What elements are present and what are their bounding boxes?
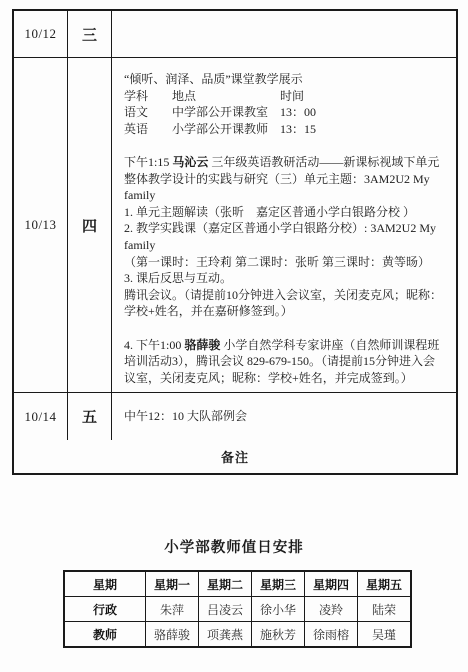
person-name: 骆薛骏 <box>184 338 220 352</box>
content-line: 培训活动3），腾讯会议 829-679-150。（请提前15分钟进入会 <box>124 353 448 370</box>
content-line: 学科 地点 时间 <box>124 88 448 105</box>
date-cell: 10/12 <box>14 11 68 57</box>
content-cell <box>112 11 456 57</box>
content-line: 语文 中学部公开课教室 13：00 <box>124 104 448 121</box>
remarks-label: 备注 <box>221 447 249 466</box>
weekday-cell: 三 <box>68 11 112 57</box>
content-line: 腾讯会议。（请提前10分钟进入会议室，关闭麦克风；昵称： <box>124 287 448 304</box>
content-line: 中午12：10 大队部例会 <box>124 408 247 425</box>
content-line: 下午1:15 马沁云 三年级英语教研活动——新课标视域下单元 <box>124 154 448 171</box>
duty-table-title: 小学部教师值日安排 <box>0 536 468 557</box>
duty-name-cell: 吴瑾 <box>358 622 412 648</box>
schedule-rows: 10/12三10/13四“倾听、润泽、品质”课堂教学展示学科 地点 时间语文 中… <box>14 11 456 440</box>
duty-row: 教师骆薛骏项龚燕施秋芳徐雨榕吴瑾 <box>64 622 411 648</box>
duty-name-cell: 陆荣 <box>358 597 412 622</box>
duty-row-label: 教师 <box>64 622 146 648</box>
remarks-row: 备注 <box>14 440 456 473</box>
duty-name-cell: 骆薛骏 <box>146 622 199 648</box>
content-line: 英语 小学部公开课教师 13：15 <box>124 121 448 138</box>
content-line: 整体教学设计的实践与研究（三）单元主题：3AM2U2 My family <box>124 171 448 204</box>
duty-name-cell: 朱萍 <box>146 597 199 622</box>
duty-header-row: 星期星期一星期二星期三星期四星期五 <box>64 571 411 597</box>
duty-row: 行政朱萍吕凌云徐小华凌羚陆荣 <box>64 597 411 622</box>
duty-header-cell: 星期四 <box>305 571 358 597</box>
content-line: 学校+姓名，并在嘉研修签到。） <box>124 303 448 320</box>
content-line: 议室，关闭麦克风；昵称：学校+姓名，并完成签到。） <box>124 370 448 387</box>
person-name: 马沁云 <box>172 155 208 169</box>
date-cell: 10/13 <box>14 58 68 392</box>
duty-header-cell: 星期 <box>64 571 146 597</box>
content-cell: “倾听、润泽、品质”课堂教学展示学科 地点 时间语文 中学部公开课教室 13：0… <box>112 58 456 392</box>
schedule-row: 10/13四“倾听、润泽、品质”课堂教学展示学科 地点 时间语文 中学部公开课教… <box>14 58 456 393</box>
duty-roster-table: 星期星期一星期二星期三星期四星期五行政朱萍吕凌云徐小华凌羚陆荣教师骆薛骏项龚燕施… <box>63 570 412 648</box>
content-line: 1. 单元主题解读（张昕 嘉定区普通小学白银路分校 ） <box>124 204 448 221</box>
date-cell: 10/14 <box>14 393 68 440</box>
content-line <box>124 320 448 337</box>
weekday-cell: 五 <box>68 393 112 440</box>
duty-name-cell: 施秋芳 <box>252 622 305 648</box>
duty-name-cell: 吕凌云 <box>199 597 252 622</box>
content-cell: 中午12：10 大队部例会 <box>112 393 456 440</box>
duty-name-cell: 徐小华 <box>252 597 305 622</box>
weekly-schedule-table: 10/12三10/13四“倾听、润泽、品质”课堂教学展示学科 地点 时间语文 中… <box>12 9 458 475</box>
duty-name-cell: 项龚燕 <box>199 622 252 648</box>
content-line: “倾听、润泽、品质”课堂教学展示 <box>124 71 448 88</box>
duty-header-cell: 星期五 <box>358 571 412 597</box>
content-line: 2. 教学实践课（嘉定区普通小学白银路分校）: 3AM2U2 My family <box>124 220 448 253</box>
duty-header-cell: 星期二 <box>199 571 252 597</box>
duty-header-cell: 星期三 <box>252 571 305 597</box>
content-line <box>124 137 448 154</box>
content-line: 3. 课后反思与互动。 <box>124 270 448 287</box>
duty-row-label: 行政 <box>64 597 146 622</box>
schedule-row: 10/14五中午12：10 大队部例会 <box>14 393 456 440</box>
schedule-row: 10/12三 <box>14 11 456 58</box>
content-line: 4. 下午1:00 骆薛骏 小学自然学科专家讲座（自然师训课程班 <box>124 337 448 354</box>
duty-name-cell: 徐雨榕 <box>305 622 358 648</box>
duty-header-cell: 星期一 <box>146 571 199 597</box>
weekday-cell: 四 <box>68 58 112 392</box>
document-page: 10/12三10/13四“倾听、润泽、品质”课堂教学展示学科 地点 时间语文 中… <box>0 0 468 672</box>
content-line: （第一课时：王玲莉 第二课时：张昕 第三课时：黄等旸） <box>124 254 448 271</box>
duty-name-cell: 凌羚 <box>305 597 358 622</box>
